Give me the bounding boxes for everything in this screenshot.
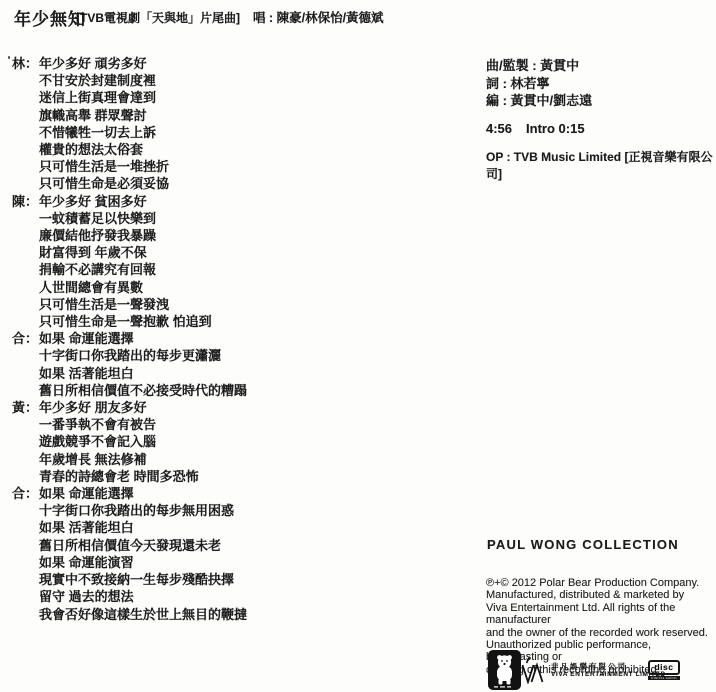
copyright-line: ℗+© 2012 Polar Bear Production Company. [486,577,716,589]
lyric-line: 一番爭執不會有被告 [39,416,442,433]
lyric-group: 陳：年少多好 貧困多好一蚊積蓄足以快樂到廉價結他抒發我暴躁財富得到 年歲不保捐輸… [12,193,442,331]
lyric-group: 合：如果 命運能選擇十字街口你我踏出的每步更瀟灑如果 活著能坦白舊日所相信價值不… [12,330,442,399]
track-duration: 4:56 [486,121,512,136]
lyric-line: 現實中不致接納一生每步殘酷抉擇 [39,571,442,588]
scan-artifact-dot [8,56,10,59]
lyric-line: 如果 活著能坦白 [39,519,442,536]
lyric-line: 人世間總會有異數 [39,279,442,296]
singer-label: 林： [12,55,39,193]
lyric-line: 十字街口你我踏出的每步無用困惑 [39,502,442,519]
lyric-line: 如果 命運能演習 [39,554,442,571]
lyric-line: 只可惜生活是一聲發洩 [39,296,442,313]
lyric-line: 權貴的想法太俗套 [39,141,442,158]
compact-disc-label: disc [648,660,680,675]
op-credit: OP : TVB Music Limited [正視音樂有限公司] [486,148,716,182]
lyrics-column: 林：年少多好 頑劣多好不甘安於封建制度裡迷信上街真理會達到旗幟高舉 群眾聲討不惜… [12,55,442,623]
singer-label: 陳： [12,193,39,331]
copyright-line: and the owner of the recorded work reser… [486,627,716,639]
lyric-line: 旗幟高舉 群眾聲討 [39,107,442,124]
singer-label: 合： [12,485,39,623]
song-performers: 唱 : 陳豪/林保怡/黃德斌 [253,8,384,26]
lyric-line: 我會否好像這樣生於世上無目的鞭撻 [39,606,442,623]
lyric-line: 年少多好 貧困多好 [39,193,442,210]
lyric-line: 廉價結他抒發我暴躁 [39,227,442,244]
lyric-line: 遊戲競爭不會記入腦 [39,433,442,450]
track-time-line: 4:56Intro 0:15 [486,121,585,136]
viva-logo-icon [521,656,545,684]
lyric-line: 一蚊積蓄足以快樂到 [39,210,442,227]
lyric-line: 年少多好 頑劣多好 [39,55,442,72]
booklet-page: 年少無知 [TVB電視劇「天與地」片尾曲] 唱 : 陳豪/林保怡/黃德斌 林：年… [0,0,716,692]
lyric-line: 如果 命運能選擇 [39,330,442,347]
compact-disc-logo: disc DIGITAL AUDIO [648,660,680,680]
lyric-line: 年少多好 朋友多好 [39,399,442,416]
lyric-line: 捐輸不必講究有回報 [39,261,442,278]
lyric-line: 財富得到 年歲不保 [39,244,442,261]
lyric-line: 十字街口你我踏出的每步更瀟灑 [39,347,442,364]
lyric-line: 如果 活著能坦白 [39,365,442,382]
digital-audio-label: DIGITAL AUDIO [648,676,680,680]
copyright-line: Viva Entertainment Ltd. All rights of th… [486,602,716,627]
credits-block: 曲/監製 : 黃貫中詞 : 林若寧編 : 黃貫中/劉志遠 [486,57,592,110]
copyright-line: Manufactured, distributed & marketed by [486,589,716,601]
lyric-line: 不惜犧牲一切去上訴 [39,124,442,141]
lyric-line: 如果 命運能選擇 [39,485,442,502]
lyric-line: 只可惜生命是必須妥協 [39,175,442,192]
singer-label: 合： [12,330,39,399]
lyric-line: 青春的詩總會老 時間多恐怖 [39,468,442,485]
lyric-line: 舊日所相信價值今天發現還未老 [39,537,442,554]
credit-line: 曲/監製 : 黃貫中 [486,57,592,75]
singer-label: 黃： [12,399,39,485]
lyric-line: 迷信上街真理會達到 [39,89,442,106]
polar-bear-icon [488,650,521,690]
polar-bear-logo [488,650,521,690]
lyric-line: 不甘安於封建制度裡 [39,72,442,89]
lyric-line: 只可惜生命是一聲抱歉 怕追到 [39,313,442,330]
collection-title: PAUL WONG COLLECTION [487,537,679,552]
song-subtitle: [TVB電視劇「天與地」片尾曲] [76,9,240,26]
lyric-line: 留守 過去的想法 [39,588,442,605]
lyric-group: 林：年少多好 頑劣多好不甘安於封建制度裡迷信上街真理會達到旗幟高舉 群眾聲討不惜… [12,55,442,193]
lyric-group: 合：如果 命運能選擇十字街口你我踏出的每步無用困惑如果 活著能坦白舊日所相信價值… [12,485,442,623]
credit-line: 詞 : 林若寧 [486,75,592,93]
track-intro-time: Intro 0:15 [526,121,585,136]
lyric-line: 年歲增長 無法修補 [39,451,442,468]
lyric-group: 黃：年少多好 朋友多好一番爭執不會有被告遊戲競爭不會記入腦年歲增長 無法修補青春… [12,399,442,485]
lyric-line: 舊日所相信價值不必接受時代的糟蹋 [39,382,442,399]
credit-line: 編 : 黃貫中/劉志遠 [486,92,592,110]
lyric-line: 只可惜生活是一堆挫折 [39,158,442,175]
